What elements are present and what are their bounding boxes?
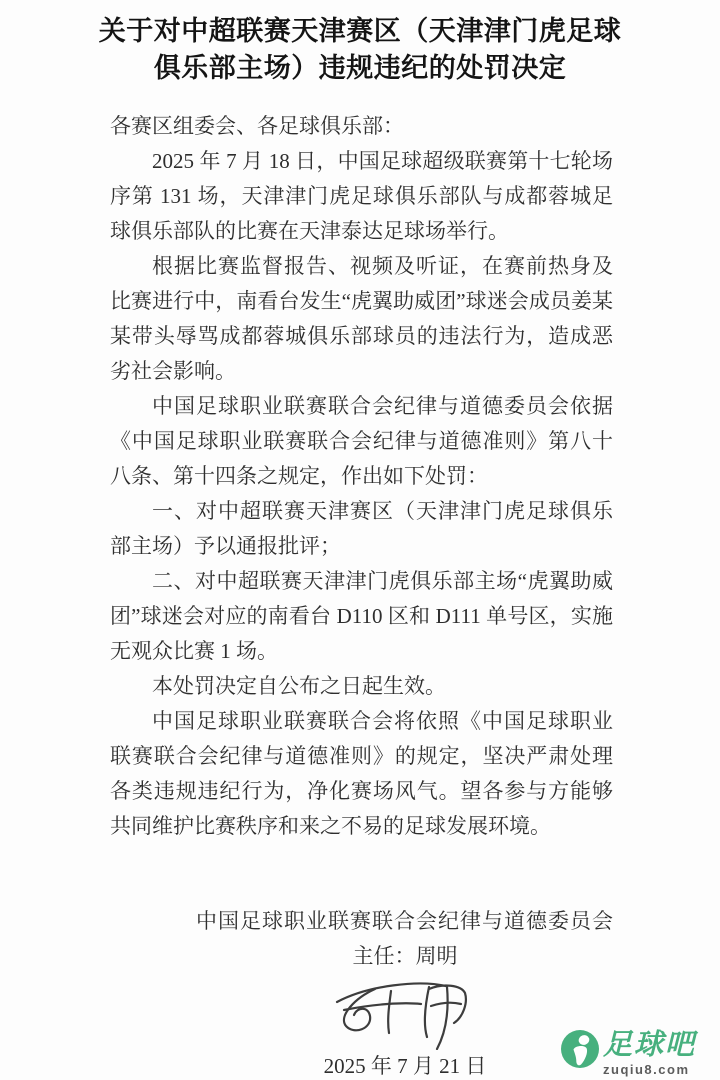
handwritten-signature-icon [325,976,485,1050]
document-body: 各赛区组委会、各足球俱乐部： 2025 年 7 月 18 日，中国足球超级联赛第… [110,109,613,844]
body-paragraph-2: 根据比赛监督报告、视频及听证，在赛前热身及比赛进行中，南看台发生“虎翼助威团”球… [110,249,613,389]
body-paragraph-4: 一、对中超联赛天津赛区（天津津门虎足球俱乐部主场）予以通报批评； [110,494,613,564]
document-title: 关于对中超联赛天津赛区（天津津门虎足球 俱乐部主场）违规违纪的处罚决定 [0,13,720,87]
body-paragraph-5: 二、对中超联赛天津津门虎俱乐部主场“虎翼助威团”球迷会对应的南看台 D110 区… [110,564,613,669]
issuing-committee: 中国足球职业联赛联合会纪律与道德委员会 [150,904,660,939]
document-title-line-2: 俱乐部主场）违规违纪的处罚决定 [154,53,567,83]
body-paragraph-6: 本处罚决定自公布之日起生效。 [110,669,613,704]
body-paragraph-7: 中国足球职业联赛联合会将依照《中国足球职业联赛联合会纪律与道德准则》的规定，坚决… [110,704,613,844]
salutation: 各赛区组委会、各足球俱乐部： [110,109,613,144]
watermark-url: zuqiu8.com [603,1062,696,1077]
body-paragraph-3: 中国足球职业联赛联合会纪律与道德委员会依据《中国足球职业联赛联合会纪律与道德准则… [110,389,613,494]
watermark-text: 足球吧 zuqiu8.com [603,1030,696,1077]
document-title-line-1: 关于对中超联赛天津赛区（天津津门虎足球 [99,16,622,46]
signer-role: 主任：周明 [150,939,660,974]
watermark-logo: 足球吧 zuqiu8.com [561,1030,696,1077]
watermark-brand: 足球吧 [603,1030,696,1061]
document-page: 关于对中超联赛天津赛区（天津津门虎足球 俱乐部主场）违规违纪的处罚决定 各赛区组… [0,0,720,1080]
zuqiu8-person-icon [561,1030,599,1068]
body-paragraph-1: 2025 年 7 月 18 日，中国足球超级联赛第十七轮场序第 131 场，天津… [110,144,613,249]
